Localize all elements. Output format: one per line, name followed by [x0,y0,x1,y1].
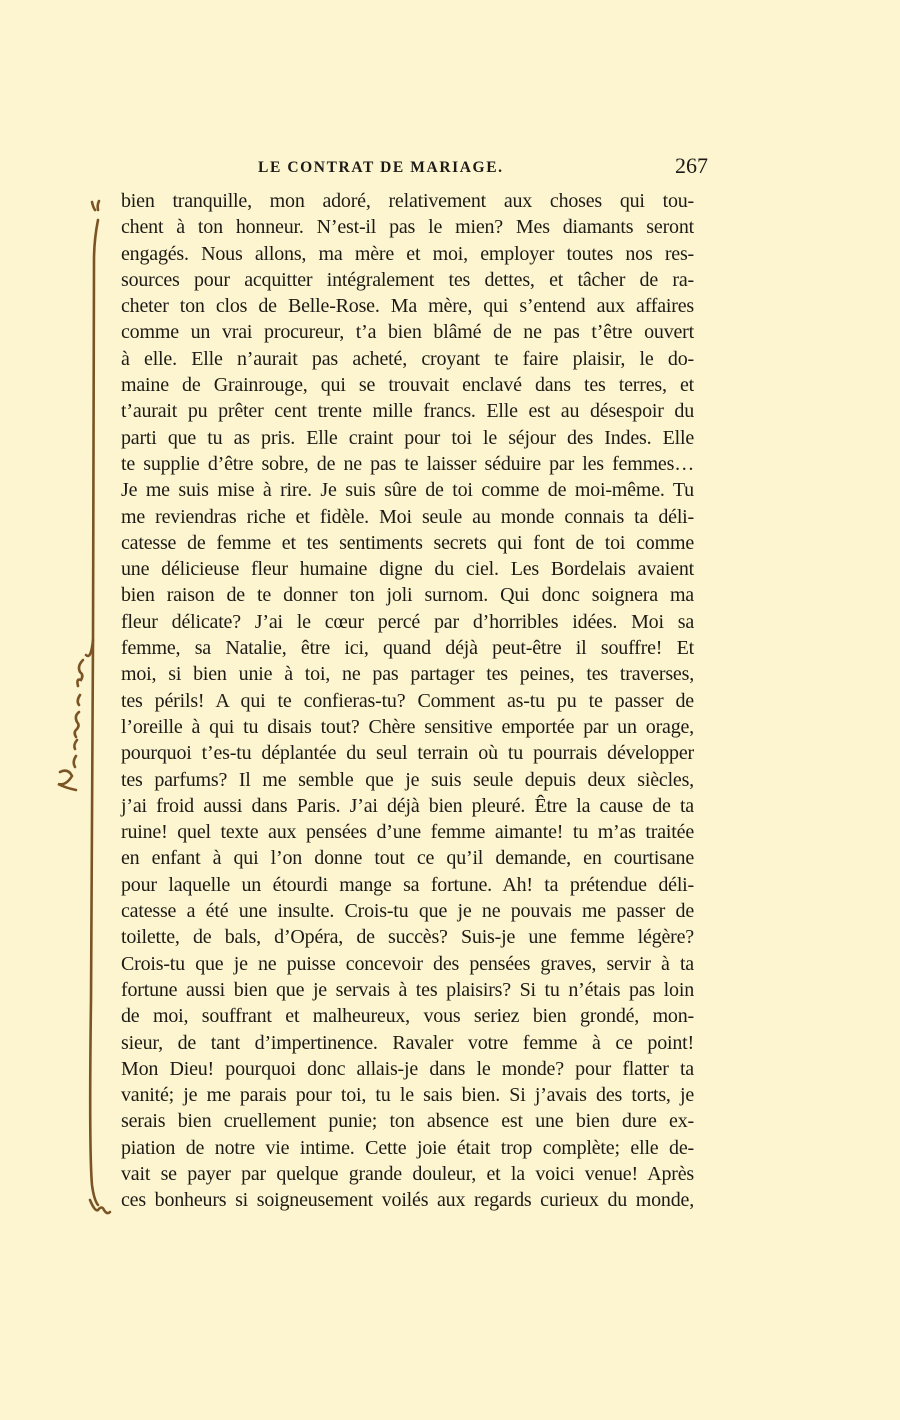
text-line: te supplie d’être sobre, de ne pas te la… [121,451,694,477]
text-line: bien raison de te donner ton joli surnom… [121,582,694,608]
text-line: Je me suis mise à rire. Je suis sûre de … [121,477,694,503]
text-line: une délicieuse fleur humaine digne du ci… [121,556,694,582]
running-title: LE CONTRAT DE MARIAGE. [258,159,504,177]
text-line: engagés. Nous allons, ma mère et moi, em… [121,241,694,267]
text-line: tes parfums? Il me semble que je suis se… [121,767,694,793]
page-number: 267 [675,153,708,179]
text-line: l’oreille à qui tu disais tout? Chère se… [121,714,694,740]
text-line: à elle. Elle n’aurait pas acheté, croyan… [121,346,694,372]
text-line: ces bonheurs si soigneusement voilés aux… [121,1187,694,1213]
text-line: bien tranquille, mon adoré, relativement… [121,188,694,214]
text-line: catesse de femme et tes sentiments secre… [121,530,694,556]
text-line: cheter ton clos de Belle-Rose. Ma mère, … [121,293,694,319]
text-line: fleur délicate? J’ai le cœur percé par d… [121,609,694,635]
text-line: pour laquelle un étourdi mange sa fortun… [121,872,694,898]
text-line: me reviendras riche et fidèle. Moi seule… [121,504,694,530]
text-line: vait se payer par quelque grande douleur… [121,1161,694,1187]
text-line: Crois-tu que je ne puisse concevoir des … [121,951,694,977]
text-line: moi, si bien unie à toi, ne pas partager… [121,661,694,687]
text-line: parti que tu as pris. Elle craint pour t… [121,425,694,451]
text-line: tes périls! A qui te confieras-tu? Comme… [121,688,694,714]
text-line: pourquoi t’es-tu déplantée du seul terra… [121,740,694,766]
text-line: Mon Dieu! pourquoi donc allais-je dans l… [121,1056,694,1082]
running-header: LE CONTRAT DE MARIAGE. 267 [258,155,708,183]
page-body: bien tranquille, mon adoré, relativement… [121,188,694,1214]
text-line: t’aurait pu prêter cent trente mille fra… [121,398,694,424]
text-line: catesse a été une insulte. Crois-tu que … [121,898,694,924]
text-line: serais bien cruellement punie; ton absen… [121,1108,694,1134]
text-line: chent à ton honneur. N’est-il pas le mie… [121,214,694,240]
text-line: comme un vrai procureur, t’a bien blâmé … [121,319,694,345]
text-line: toilette, de bals, d’Opéra, de succès? S… [121,924,694,950]
text-line: j’ai froid aussi dans Paris. J’ai déjà b… [121,793,694,819]
margin-bracket-annotation [0,0,140,1420]
text-line: fortune aussi bien que je servais à tes … [121,977,694,1003]
text-line: sieur, de tant d’impertinence. Ravaler v… [121,1030,694,1056]
text-line: en enfant à qui l’on donne tout ce qu’il… [121,845,694,871]
text-line: femme, sa Natalie, être ici, quand déjà … [121,635,694,661]
text-line: sources pour acquitter intégralement tes… [121,267,694,293]
text-line: maine de Grainrouge, qui se trouvait enc… [121,372,694,398]
text-line: piation de notre vie intime. Cette joie … [121,1135,694,1161]
text-line: de moi, souffrant et malheureux, vous se… [121,1003,694,1029]
text-line: ruine! quel texte aux pensées d’une femm… [121,819,694,845]
text-line: vanité; je me parais pour toi, tu le sai… [121,1082,694,1108]
